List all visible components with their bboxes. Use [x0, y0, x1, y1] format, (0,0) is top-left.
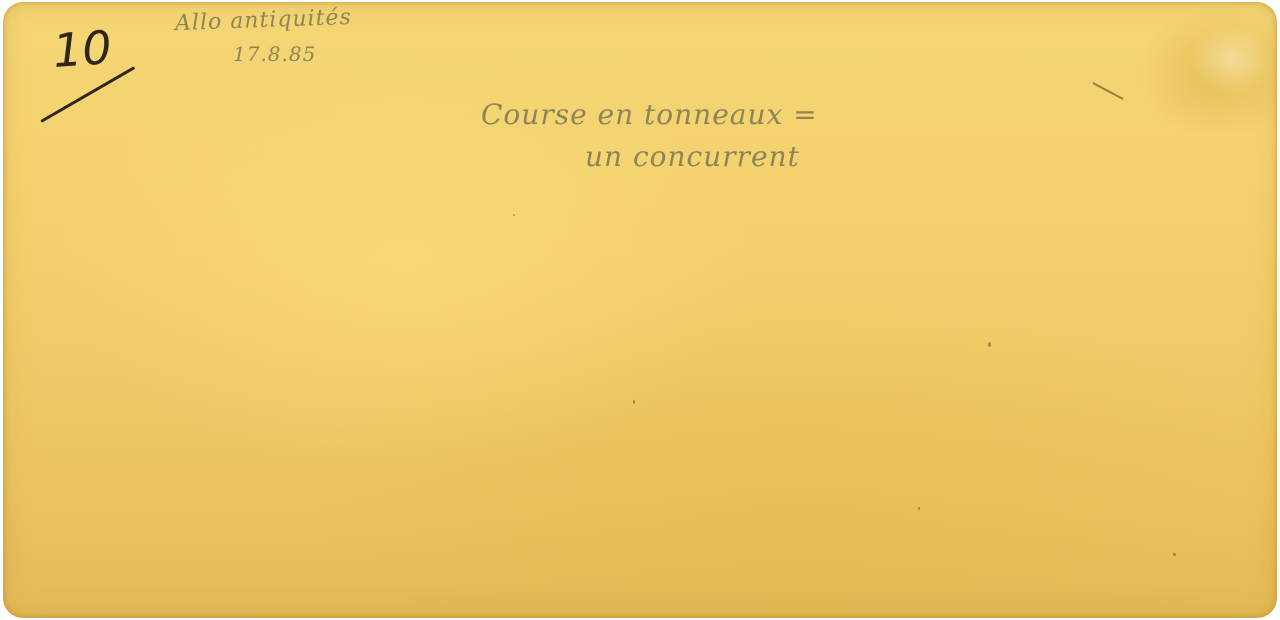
- caption-line-2: un concurrent: [585, 140, 800, 173]
- stereoview-card-back: 10 Allo antiquités 17.8.85 Course en ton…: [3, 2, 1277, 618]
- caption-line-1: Course en tonneaux =: [481, 98, 818, 131]
- scratch-mark: [1093, 82, 1124, 100]
- dealer-note: Allo antiquités: [175, 5, 353, 36]
- speck: [633, 400, 635, 404]
- speck: [513, 214, 515, 216]
- speck: [918, 507, 920, 510]
- purchase-date: 17.8.85: [233, 42, 316, 66]
- item-number: 10: [51, 20, 113, 78]
- speck: [1173, 553, 1176, 556]
- speck: [988, 342, 991, 347]
